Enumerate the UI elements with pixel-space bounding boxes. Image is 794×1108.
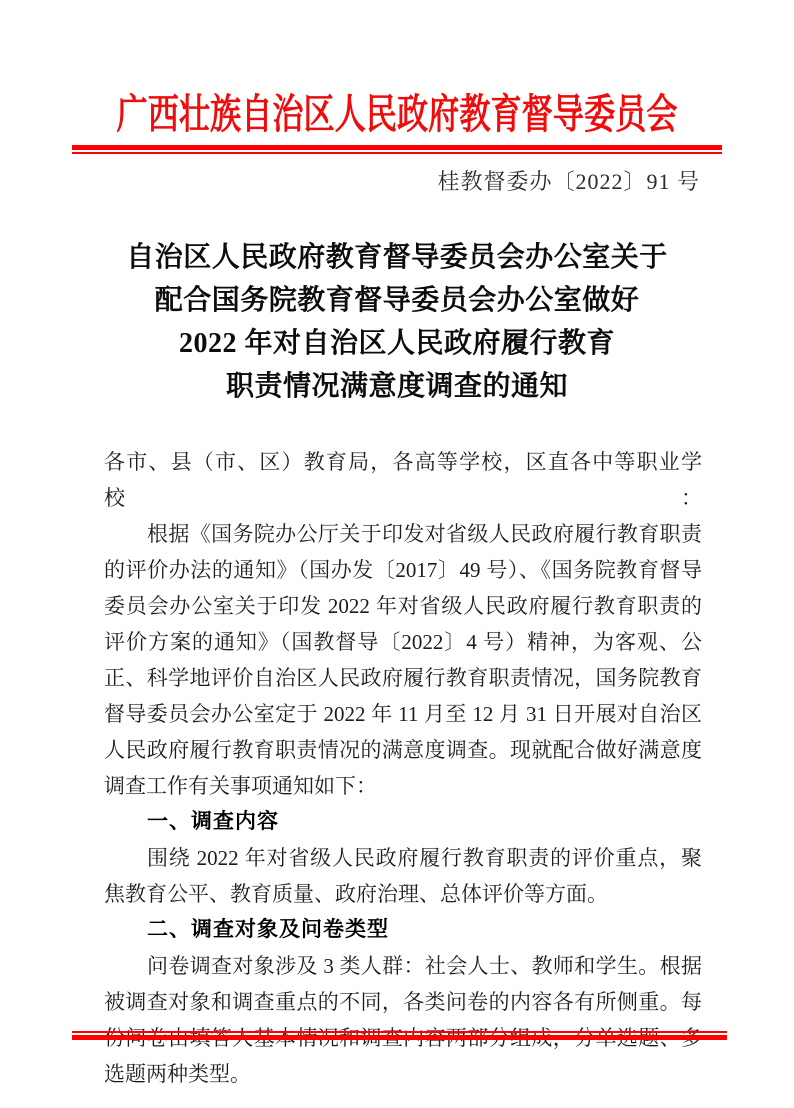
body-line: 各市、县（市、区）教育局，各高等学校，区直各中等职业学校： — [104, 444, 702, 516]
letterhead: 广西壮族自治区人民政府教育督导委员会 — [0, 90, 794, 138]
body-line: 委员会办公室关于印发 2022 年对省级人民政府履行教育职责的 — [104, 588, 702, 624]
document-title: 自治区人民政府教育督导委员会办公室关于配合国务院教育督导委员会办公室做好2022… — [0, 236, 794, 408]
letterhead-double-rule — [72, 145, 722, 154]
document-body: 各市、县（市、区）教育局，各高等学校，区直各中等职业学校：根据《国务院办公厅关于… — [104, 444, 702, 1092]
body-line: 被调查对象和调查重点的不同，各类问卷的内容各有所侧重。每 — [104, 984, 702, 1020]
letterhead-org-name: 广西壮族自治区人民政府教育督导委员会 — [117, 90, 678, 138]
rule-thin-line — [72, 152, 722, 154]
body-line: 正、科学地评价自治区人民政府履行教育职责情况，国务院教育 — [104, 660, 702, 696]
body-line: 根据《国务院办公厅关于印发对省级人民政府履行教育职责 — [104, 516, 702, 552]
title-line: 职责情况满意度调查的通知 — [0, 365, 794, 408]
body-line: 的评价办法的通知》（国办发〔2017〕49 号）、《国务院教育督导 — [104, 552, 702, 588]
title-line: 自治区人民政府教育督导委员会办公室关于 — [0, 236, 794, 279]
body-line: 评价方案的通知》（国教督导〔2022〕4 号）精神，为客观、公 — [104, 624, 702, 660]
body-line: 围绕 2022 年对省级人民政府履行教育职责的评价重点，聚 — [104, 840, 702, 876]
body-line: 焦教育公平、教育质量、政府治理、总体评价等方面。 — [104, 876, 702, 912]
title-line: 2022 年对自治区人民政府履行教育 — [0, 322, 794, 365]
body-line: 人民政府履行教育职责情况的满意度调查。现就配合做好满意度 — [104, 732, 702, 768]
body-line: 调查工作有关事项通知如下： — [104, 768, 702, 804]
section-heading: 一、调查内容 — [104, 804, 702, 840]
body-line: 问卷调查对象涉及 3 类人群：社会人士、教师和学生。根据 — [104, 948, 702, 984]
section-heading: 二、调查对象及问卷类型 — [104, 912, 702, 948]
title-line: 配合国务院教育督导委员会办公室做好 — [0, 279, 794, 322]
footer-double-rule — [72, 1031, 727, 1040]
body-line: 选题两种类型。 — [104, 1056, 702, 1092]
document-reference-number: 桂教督委办〔2022〕91 号 — [0, 166, 700, 198]
body-line: 督导委员会办公室定于 2022 年 11 月至 12 月 31 日开展对自治区 — [104, 696, 702, 732]
document-page: 广西壮族自治区人民政府教育督导委员会 桂教督委办〔2022〕91 号 自治区人民… — [0, 0, 794, 1108]
rule-thick-line — [72, 1035, 727, 1040]
